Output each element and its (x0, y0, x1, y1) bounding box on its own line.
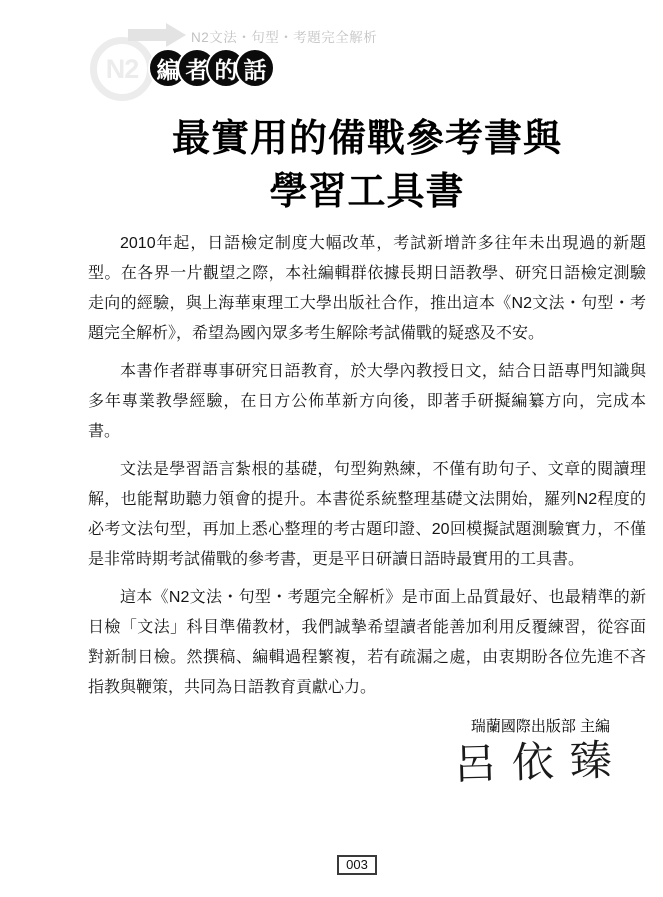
section-badge: 編 者 的 話 (148, 48, 275, 88)
running-header-book-title: N2文法・句型・考題完全解析 (191, 26, 377, 46)
book-page: N2 N2文法・句型・考題完全解析 編 者 的 話 最實用的備戰參考書與 學習工… (0, 0, 663, 897)
signature: 呂依臻 (87, 735, 646, 800)
page-number: 003 (337, 855, 377, 875)
paragraph: 本書作者群專事研究日語教育，於大學內教授日文，結合日語專門知識與多年專業教學經驗… (88, 357, 646, 447)
arrow-right-icon (128, 29, 166, 41)
n2-logo-text: N2 (106, 54, 139, 85)
preface-body: 2010年起，日語檢定制度大幅改革，考試新增許多往年未出現過的新題型。在各界一片… (88, 229, 646, 792)
page-title-line2: 學習工具書 (88, 166, 646, 219)
paragraph: 文法是學習語言紮根的基礎，句型夠熟練，不僅有助句子、文章的閱讀理解，也能幫助聽力… (88, 455, 646, 575)
badge-char-icon: 話 (235, 48, 275, 88)
paragraph: 2010年起，日語檢定制度大幅改革，考試新增許多往年未出現過的新題型。在各界一片… (88, 229, 646, 349)
n2-logo-watermark-icon: N2 (90, 37, 154, 101)
attribution: 瑞蘭國際出版部 主編 (88, 715, 646, 736)
page-title-line1: 最實用的備戰參考書與 (88, 113, 646, 166)
paragraph: 這本《N2文法・句型・考題完全解析》是市面上品質最好、也最精準的新日檢「文法」科… (88, 583, 646, 703)
